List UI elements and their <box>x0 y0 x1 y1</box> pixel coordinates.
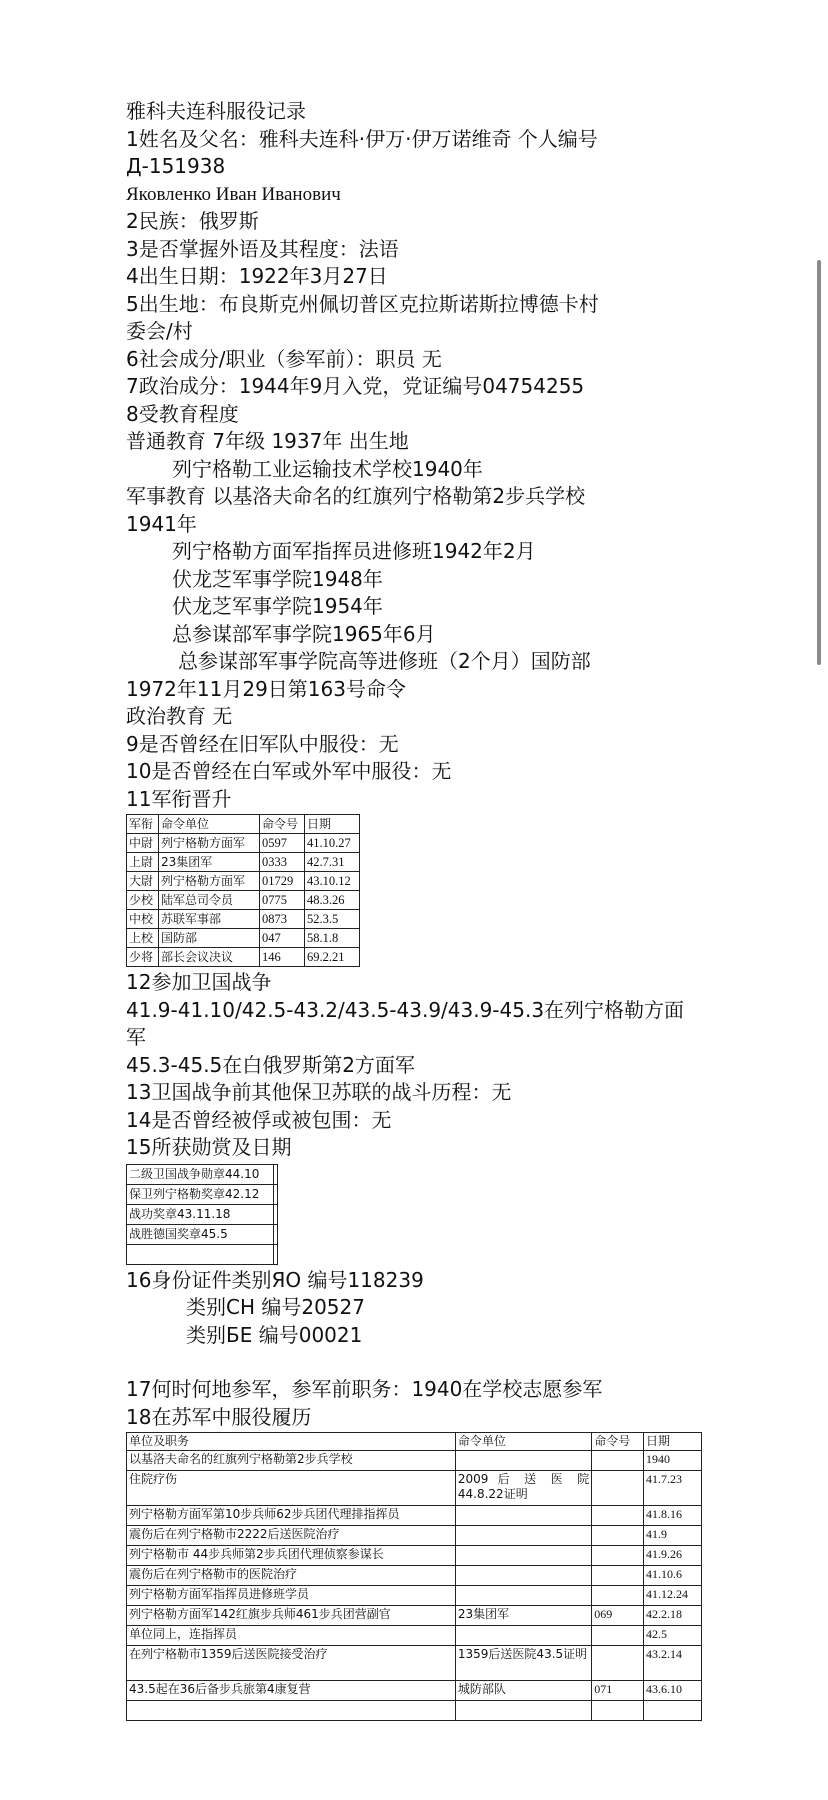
order-no-cell <box>592 1701 644 1721</box>
award-extra-cell <box>274 1204 278 1224</box>
order-no-cell <box>592 1506 644 1526</box>
item-9-old-army: 9是否曾经在旧军队中服役：无 <box>126 731 726 759</box>
unit-position-cell: 住院疗伤 <box>127 1471 456 1506</box>
order-no-cell <box>592 1586 644 1606</box>
military-education-year: 1941年 <box>126 511 726 539</box>
table-header-row: 单位及职务 命令单位 命令号 日期 <box>127 1433 702 1451</box>
rank-cell: 中尉 <box>127 834 159 853</box>
item-16-id-document-3: 类别БЕ 编号00021 <box>126 1322 726 1350</box>
issuer-cell: 国防部 <box>159 929 260 948</box>
table-row: 保卫列宁格勒奖章42.12 <box>127 1184 278 1204</box>
item-1-russian-name: Яковленко Иван Иванович <box>126 181 726 209</box>
document-title: 雅科夫连科服役记录 <box>126 98 726 126</box>
item-10-white-army: 10是否曾经在白军或外军中服役：无 <box>126 758 726 786</box>
order-no-cell: 071 <box>592 1681 644 1701</box>
military-education: 军事教育 以基洛夫命名的红旗列宁格勒第2步兵学校 <box>126 483 726 511</box>
award-cell <box>127 1244 274 1264</box>
date-cell: 42.2.18 <box>644 1606 702 1626</box>
item-18-service-heading: 18在苏军中服役履历 <box>126 1404 726 1432</box>
order-no-cell <box>592 1646 644 1681</box>
item-7-party-membership: 7政治成分：1944年9月入党，党证编号04754255 <box>126 373 726 401</box>
table-row: 中尉 列宁格勒方面军 0597 41.10.27 <box>127 834 360 853</box>
item-12-war-belarus: 45.3-45.5在白俄罗斯第2方面军 <box>126 1052 726 1080</box>
unit-position-cell: 震伤后在列宁格勒市2222后送医院治疗 <box>127 1526 456 1546</box>
item-8-education-heading: 8受教育程度 <box>126 401 726 429</box>
issuer-cell <box>455 1451 591 1471</box>
issuer-cell: 23集团军 <box>159 853 260 872</box>
order-no-cell: 0333 <box>260 853 305 872</box>
general-education-school: 列宁格勒工业运输技术学校1940年 <box>126 456 726 484</box>
order-no-cell <box>592 1526 644 1546</box>
rank-cell: 中校 <box>127 910 159 929</box>
issuer-cell: 1359后送医院43.5证明 <box>455 1646 591 1681</box>
table-row: 震伤后在列宁格勒市2222后送医院治疗 41.9 <box>127 1526 702 1546</box>
military-course-5-order: 1972年11月29日第163号命令 <box>126 676 726 704</box>
column-header-date: 日期 <box>305 815 360 834</box>
unit-position-cell: 列宁格勒方面军第10步兵师62步兵团代理排指挥员 <box>127 1506 456 1526</box>
date-cell: 43.2.14 <box>644 1646 702 1681</box>
award-cell: 战功奖章43.11.18 <box>127 1204 274 1224</box>
item-2-nationality: 2民族：俄罗斯 <box>126 208 726 236</box>
table-row <box>127 1244 278 1264</box>
unit-position-cell: 以基洛夫命名的红旗列宁格勒第2步兵学校 <box>127 1451 456 1471</box>
table-row: 上校 国防部 047 58.1.8 <box>127 929 360 948</box>
date-cell: 42.7.31 <box>305 853 360 872</box>
rank-cell: 上校 <box>127 929 159 948</box>
date-cell: 41.12.24 <box>644 1586 702 1606</box>
issuer-cell: 23集团军 <box>455 1606 591 1626</box>
table-row: 震伤后在列宁格勒市的医院治疗 41.10.6 <box>127 1566 702 1586</box>
rank-cell: 上尉 <box>127 853 159 872</box>
unit-position-cell: 在列宁格勒市1359后送医院接受治疗 <box>127 1646 456 1681</box>
item-16-id-document-2: 类别СН 编号20527 <box>126 1294 726 1322</box>
unit-position-cell: 列宁格勒方面军指挥员进修班学员 <box>127 1586 456 1606</box>
table-header-row: 军衔 命令单位 命令号 日期 <box>127 815 360 834</box>
table-row: 以基洛夫命名的红旗列宁格勒第2步兵学校 1940 <box>127 1451 702 1471</box>
date-cell: 43.6.10 <box>644 1681 702 1701</box>
order-no-cell <box>592 1626 644 1646</box>
column-header-date: 日期 <box>644 1433 702 1451</box>
date-cell: 52.3.5 <box>305 910 360 929</box>
order-no-cell: 01729 <box>260 872 305 891</box>
table-row: 列宁格勒市 44步兵师第2步兵团代理侦察参谋长 41.9.26 <box>127 1546 702 1566</box>
date-cell <box>644 1701 702 1721</box>
table-row: 住院疗伤 2009 后 送 医 院 44.8.22证明 41.7.23 <box>127 1471 702 1506</box>
table-row: 大尉 列宁格勒方面军 01729 43.10.12 <box>127 872 360 891</box>
table-row <box>127 1701 702 1721</box>
table-row: 43.5起在36后备步兵旅第4康复营 城防部队 071 43.6.10 <box>127 1681 702 1701</box>
date-cell: 48.3.26 <box>305 891 360 910</box>
column-header-issuer: 命令单位 <box>455 1433 591 1451</box>
table-row: 少校 陆军总司令员 0775 48.3.26 <box>127 891 360 910</box>
issuer-cell: 苏联军事部 <box>159 910 260 929</box>
item-13-prewar-combat: 13卫国战争前其他保卫苏联的战斗历程：无 <box>126 1079 726 1107</box>
military-course-3: 伏龙芝军事学院1954年 <box>126 593 726 621</box>
item-11-ranks-heading: 11军衔晋升 <box>126 786 726 814</box>
issuer-cell <box>455 1586 591 1606</box>
unit-position-cell: 震伤后在列宁格勒市的医院治疗 <box>127 1566 456 1586</box>
item-5-birthplace: 5出生地：布良斯克州佩切普区克拉斯诺斯拉博德卡村 <box>126 291 726 319</box>
issuer-cell <box>455 1566 591 1586</box>
item-4-birth-date: 4出生日期：1922年3月27日 <box>126 263 726 291</box>
date-cell: 41.9.26 <box>644 1546 702 1566</box>
issuer-cell: 列宁格勒方面军 <box>159 872 260 891</box>
table-row: 单位同上，连指挥员 42.5 <box>127 1626 702 1646</box>
unit-position-cell: 列宁格勒市 44步兵师第2步兵团代理侦察参谋长 <box>127 1546 456 1566</box>
issuer-cell: 2009 后 送 医 院 44.8.22证明 <box>455 1471 591 1506</box>
item-14-captivity: 14是否曾经被俘或被包围：无 <box>126 1107 726 1135</box>
award-extra-cell <box>274 1184 278 1204</box>
table-row: 列宁格勒方面军142红旗步兵师461步兵团营副官 23集团军 069 42.2.… <box>127 1606 702 1626</box>
date-cell: 41.9 <box>644 1526 702 1546</box>
military-course-1: 列宁格勒方面军指挥员进修班1942年2月 <box>126 538 726 566</box>
military-course-4: 总参谋部军事学院1965年6月 <box>126 621 726 649</box>
order-no-cell: 0873 <box>260 910 305 929</box>
column-header-rank: 军衔 <box>127 815 159 834</box>
table-row: 在列宁格勒市1359后送医院接受治疗 1359后送医院43.5证明 43.2.1… <box>127 1646 702 1681</box>
issuer-cell <box>455 1626 591 1646</box>
award-cell: 保卫列宁格勒奖章42.12 <box>127 1184 274 1204</box>
military-course-2: 伏龙芝军事学院1948年 <box>126 566 726 594</box>
date-cell: 43.10.12 <box>305 872 360 891</box>
issuer-cell: 列宁格勒方面军 <box>159 834 260 853</box>
item-16-id-document: 16身份证件类别ЯО 编号118239 <box>126 1267 726 1295</box>
item-1-name: 1姓名及父名：雅科夫连科·伊万·伊万诺维奇 个人编号 <box>126 126 726 154</box>
issuer-cell <box>455 1546 591 1566</box>
unit-position-cell: 单位同上，连指挥员 <box>127 1626 456 1646</box>
order-no-cell: 146 <box>260 948 305 967</box>
issuer-cell <box>455 1506 591 1526</box>
column-header-issuer: 命令单位 <box>159 815 260 834</box>
unit-position-cell: 列宁格勒方面军142红旗步兵师461步兵团营副官 <box>127 1606 456 1626</box>
date-cell: 41.7.23 <box>644 1471 702 1506</box>
service-history-table: 单位及职务 命令单位 命令号 日期 以基洛夫命名的红旗列宁格勒第2步兵学校 19… <box>126 1432 702 1721</box>
vertical-scrollbar[interactable] <box>817 260 821 665</box>
issuer-cell <box>455 1701 591 1721</box>
award-cell: 二级卫国战争勋章44.10 <box>127 1164 274 1184</box>
table-row: 战功奖章43.11.18 <box>127 1204 278 1224</box>
awards-table: 二级卫国战争勋章44.10 保卫列宁格勒奖章42.12 战功奖章43.11.18… <box>126 1164 278 1265</box>
issuer-cell: 陆军总司令员 <box>159 891 260 910</box>
table-row: 二级卫国战争勋章44.10 <box>127 1164 278 1184</box>
order-no-cell <box>592 1451 644 1471</box>
item-15-awards-heading: 15所获勋赏及日期 <box>126 1134 726 1162</box>
item-1-personal-number: Д-151938 <box>126 153 726 181</box>
item-12-war-heading: 12参加卫国战争 <box>126 969 726 997</box>
political-education: 政治教育 无 <box>126 703 726 731</box>
item-17-enlistment: 17何时何地参军，参军前职务：1940在学校志愿参军 <box>126 1376 726 1404</box>
general-education: 普通教育 7年级 1937年 出生地 <box>126 428 726 456</box>
rank-cell: 少将 <box>127 948 159 967</box>
award-cell: 战胜德国奖章45.5 <box>127 1224 274 1244</box>
blank-spacer <box>126 1349 726 1376</box>
order-no-cell <box>592 1546 644 1566</box>
service-record-document: 雅科夫连科服役记录 1姓名及父名：雅科夫连科·伊万·伊万诺维奇 个人编号 Д-1… <box>126 98 726 1721</box>
table-row: 上尉 23集团军 0333 42.7.31 <box>127 853 360 872</box>
date-cell: 42.5 <box>644 1626 702 1646</box>
issuer-cell: 部长会议决议 <box>159 948 260 967</box>
date-cell: 41.10.27 <box>305 834 360 853</box>
order-no-cell: 047 <box>260 929 305 948</box>
table-row: 列宁格勒方面军第10步兵师62步兵团代理排指挥员 41.8.16 <box>127 1506 702 1526</box>
table-row: 中校 苏联军事部 0873 52.3.5 <box>127 910 360 929</box>
unit-position-cell <box>127 1701 456 1721</box>
award-extra-cell <box>274 1224 278 1244</box>
item-12-war-periods: 41.9-41.10/42.5-43.2/43.5-43.9/43.9-45.3… <box>126 997 726 1025</box>
table-row: 少将 部长会议决议 146 69.2.21 <box>127 948 360 967</box>
award-extra-cell <box>274 1244 278 1264</box>
date-cell: 69.2.21 <box>305 948 360 967</box>
date-cell: 1940 <box>644 1451 702 1471</box>
item-6-social-status: 6社会成分/职业（参军前）：职员 无 <box>126 346 726 374</box>
item-5-birthplace-cont: 委会/村 <box>126 318 726 346</box>
date-cell: 41.8.16 <box>644 1506 702 1526</box>
order-no-cell <box>592 1471 644 1506</box>
column-header-order-no: 命令号 <box>592 1433 644 1451</box>
date-cell: 41.10.6 <box>644 1566 702 1586</box>
ranks-table: 军衔 命令单位 命令号 日期 中尉 列宁格勒方面军 0597 41.10.27 … <box>126 814 360 967</box>
item-3-foreign-language: 3是否掌握外语及其程度：法语 <box>126 236 726 264</box>
issuer-cell <box>455 1526 591 1546</box>
item-12-war-periods-cont: 军 <box>126 1024 726 1052</box>
military-course-5: 总参谋部军事学院高等进修班（2个月）国防部 <box>126 648 726 676</box>
table-row: 战胜德国奖章45.5 <box>127 1224 278 1244</box>
table-row: 列宁格勒方面军指挥员进修班学员 41.12.24 <box>127 1586 702 1606</box>
column-header-unit-position: 单位及职务 <box>127 1433 456 1451</box>
date-cell: 58.1.8 <box>305 929 360 948</box>
award-extra-cell <box>274 1164 278 1184</box>
order-no-cell: 0597 <box>260 834 305 853</box>
issuer-cell: 城防部队 <box>455 1681 591 1701</box>
rank-cell: 少校 <box>127 891 159 910</box>
order-no-cell: 0775 <box>260 891 305 910</box>
rank-cell: 大尉 <box>127 872 159 891</box>
order-no-cell <box>592 1566 644 1586</box>
column-header-order-no: 命令号 <box>260 815 305 834</box>
order-no-cell: 069 <box>592 1606 644 1626</box>
unit-position-cell: 43.5起在36后备步兵旅第4康复营 <box>127 1681 456 1701</box>
